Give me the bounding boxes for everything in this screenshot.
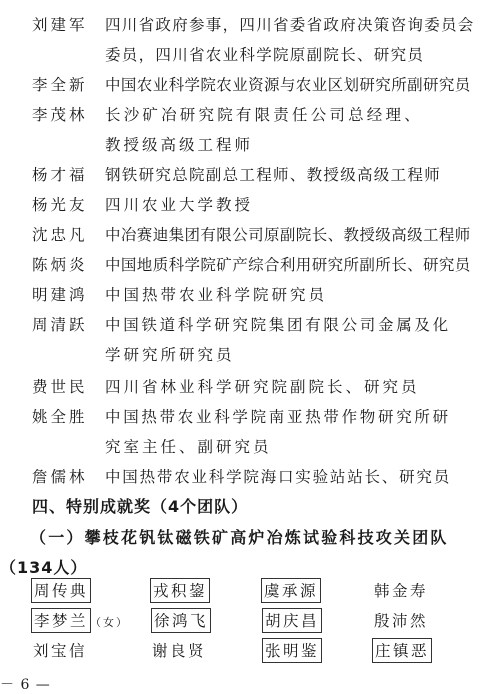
- awardee-title-cont: 教授级高级工程师: [105, 135, 253, 155]
- team-member: 刘宝信: [31, 639, 89, 662]
- team-member: 李梦兰: [31, 608, 91, 633]
- awardee-title: 中国热带农业科学院南亚热带作物研究所研: [105, 407, 451, 427]
- awardee-name: 李茂林: [32, 105, 88, 125]
- team-member: 虞承源: [261, 578, 321, 603]
- awardee-title: 四川农业大学教授: [105, 195, 253, 215]
- team-member: 庄镇恶: [372, 638, 432, 663]
- awardee-title: 中国热带农业科学院研究员: [105, 285, 327, 305]
- awardee-name: 杨光友: [32, 195, 88, 215]
- awardee-name: 周清跃: [32, 315, 88, 335]
- awardee-title: 中国农业科学院农业资源与农业区划研究所副研究员: [105, 75, 471, 95]
- awardee-title: 钢铁研究总院副总工程师、教授级高级工程师: [105, 165, 441, 185]
- awardee-title: 中国地质科学院矿产综合利用研究所副所长、研究员: [105, 255, 471, 275]
- awardee-title-cont: 学研究所研究员: [105, 345, 235, 365]
- team-member: 谢良贤: [150, 639, 208, 662]
- team-member: 徐鸿飞: [151, 608, 211, 633]
- team-member: 戎积鋆: [150, 578, 210, 603]
- team-member: 殷沛然: [372, 609, 430, 632]
- awardee-name: 陈炳炎: [32, 255, 88, 275]
- subsection-heading: （一）攀枝花钒钛磁铁矿高炉冶炼试验科技攻关团队: [30, 525, 449, 548]
- awardee-title: 四川省林业科学研究院副院长、研究员: [105, 377, 420, 397]
- awardee-name: 杨才福: [32, 165, 88, 185]
- awardee-title: 中冶赛迪集团有限公司原副院长、教授级高级工程师: [105, 225, 471, 245]
- team-member: 张明鉴: [262, 638, 322, 663]
- team-member: 胡庆昌: [262, 608, 322, 633]
- awardee-name: 费世民: [32, 377, 88, 397]
- awardee-name: 刘建军: [32, 15, 88, 35]
- awardee-name: 姚全胜: [32, 407, 88, 427]
- awardee-title: 四川省政府参事，四川省委省政府决策咨询委员会: [105, 15, 475, 35]
- awardee-title: 长沙矿冶研究院有限责任公司总经理、: [105, 105, 423, 125]
- team-member: 周传典: [31, 578, 91, 603]
- awardee-name: 李全新: [32, 75, 88, 95]
- awardee-name: 明建鸿: [32, 285, 88, 305]
- gender-note: （女）: [88, 611, 131, 634]
- section-heading: 四、特别成就奖（4个团队）: [32, 494, 248, 517]
- awardee-title-cont: 究室主任、副研究员: [105, 437, 272, 457]
- awardee-title: 中国热带农业科学院海口实验站站长、研究员: [105, 467, 451, 487]
- awardee-title: 中国铁道科学研究院集团有限公司金属及化: [105, 315, 451, 335]
- subsection-heading-cont: （134人）: [0, 555, 87, 578]
- page-number: － 6 —: [0, 674, 51, 694]
- awardee-name: 沈忠凡: [32, 225, 88, 245]
- awardee-title-cont: 委员，四川省农业科学院原副院长、研究员: [105, 45, 424, 65]
- awardee-name: 詹儒林: [32, 467, 88, 487]
- team-member: 韩金寿: [372, 579, 430, 602]
